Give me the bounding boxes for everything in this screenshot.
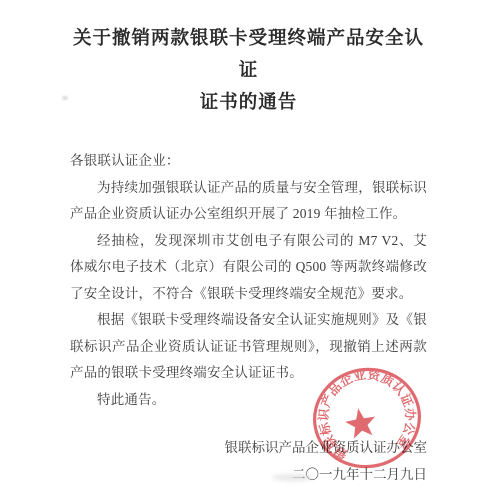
notice-title: 关于撤销两款银联卡受理终端产品安全认证 证书的通告 <box>70 22 427 118</box>
scan-smudge <box>272 474 314 481</box>
notice-title-line2: 证书的通告 <box>70 86 427 118</box>
notice-document: 关于撤销两款银联卡受理终端产品安全认证 证书的通告 各银联认证企业： 为持续加强… <box>0 0 500 488</box>
notice-body: 各银联认证企业： 为持续加强银联认证产品的质量与安全管理，银联标识产品企业资质认… <box>70 148 427 413</box>
notice-title-line1: 关于撤销两款银联卡受理终端产品安全认证 <box>70 22 427 86</box>
notice-document-page: 关于撤销两款银联卡受理终端产品安全认证 证书的通告 各银联认证企业： 为持续加强… <box>0 0 500 493</box>
salutation: 各银联认证企业： <box>70 148 427 175</box>
signature-date: 二〇一九年十二月九日 <box>70 461 427 488</box>
paragraph-1: 为持续加强银联认证产品的质量与安全管理，银联标识产品企业资质认证办公室组织开展了… <box>70 175 427 228</box>
paragraph-3: 根据《银联卡受理终端设备安全认证实施规则》及《银联标识产品企业资质认证证书管理规… <box>70 307 427 387</box>
paragraph-2: 经抽检，发现深圳市艾创电子有限公司的 M7 V2、艾体威尔电子技术（北京）有限公… <box>70 228 427 308</box>
scan-speck <box>62 96 68 100</box>
signature-block: 银联标识产品企业资质认证办公室 二〇一九年十二月九日 <box>70 434 427 488</box>
paragraph-closing: 特此通告。 <box>70 387 427 414</box>
signature-organization: 银联标识产品企业资质认证办公室 <box>70 434 427 461</box>
